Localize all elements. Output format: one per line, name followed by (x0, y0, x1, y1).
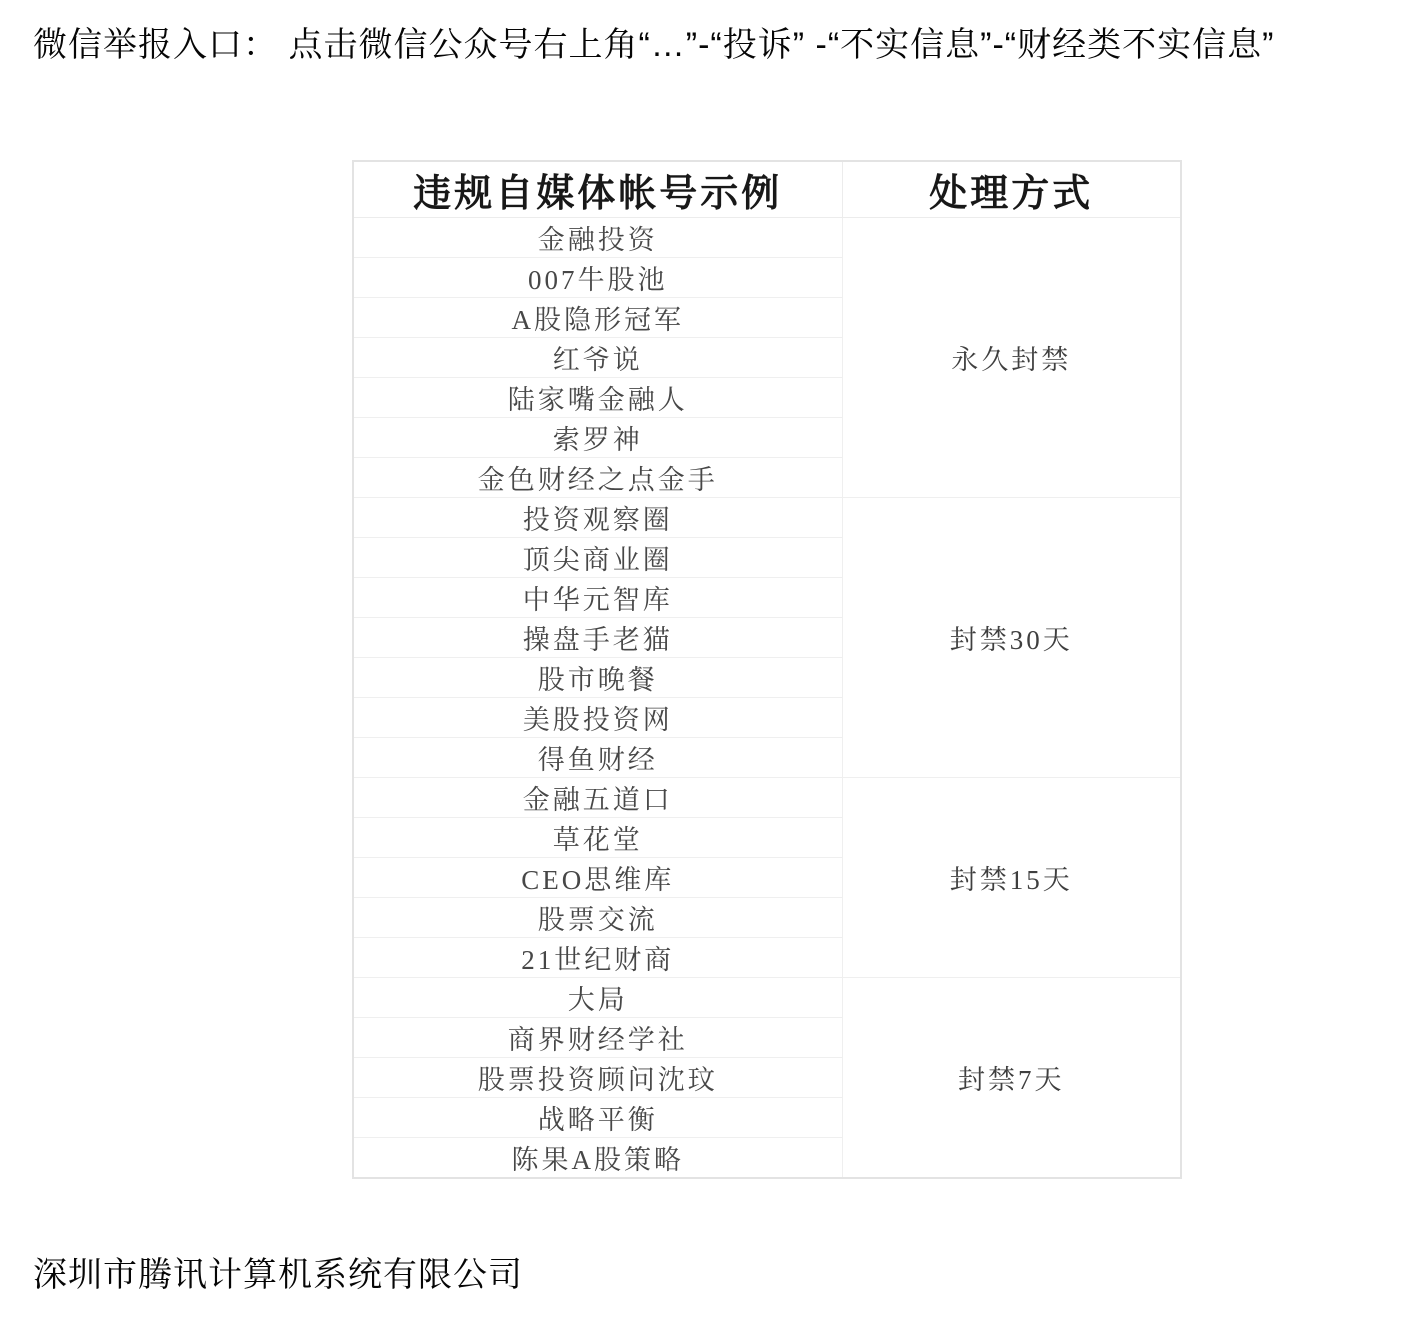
account-cell: 美股投资网 (353, 698, 842, 738)
account-cell: 007牛股池 (353, 258, 842, 298)
account-cell: 陈果A股策略 (353, 1138, 842, 1179)
account-cell: A股隐形冠军 (353, 298, 842, 338)
wechat-report-entry-text: 微信举报入口： 点击微信公众号右上角“…”-“投诉” -“不实信息”-“财经类不… (33, 26, 1274, 64)
account-cell: 金色财经之点金手 (353, 458, 842, 498)
table-header-row: 违规自媒体帐号示例 处理方式 (353, 161, 1181, 218)
table-row: 投资观察圈 封禁30天 (353, 498, 1181, 538)
table-row: 大局 封禁7天 (353, 978, 1181, 1018)
violation-accounts-table: 违规自媒体帐号示例 处理方式 金融投资 永久封禁 007牛股池 A股隐形冠军 红… (352, 160, 1182, 1179)
account-cell: 中华元智库 (353, 578, 842, 618)
table-row: 金融五道口 封禁15天 (353, 778, 1181, 818)
account-cell: 陆家嘴金融人 (353, 378, 842, 418)
account-cell: 投资观察圈 (353, 498, 842, 538)
account-cell: 金融五道口 (353, 778, 842, 818)
account-cell: 大局 (353, 978, 842, 1018)
action-column-header: 处理方式 (842, 161, 1181, 218)
account-cell: 战略平衡 (353, 1098, 842, 1138)
account-cell: 顶尖商业圈 (353, 538, 842, 578)
account-cell: 金融投资 (353, 218, 842, 258)
account-cell: 草花堂 (353, 818, 842, 858)
account-cell: CEO思维库 (353, 858, 842, 898)
account-cell: 21世纪财商 (353, 938, 842, 978)
account-cell: 股票投资顾问沈玟 (353, 1058, 842, 1098)
action-cell: 封禁30天 (842, 498, 1181, 778)
accounts-column-header: 违规自媒体帐号示例 (353, 161, 842, 218)
company-name-text: 深圳市腾讯计算机系统有限公司 (33, 1255, 523, 1295)
action-cell: 封禁15天 (842, 778, 1181, 978)
account-cell: 股市晚餐 (353, 658, 842, 698)
table-row: 金融投资 永久封禁 (353, 218, 1181, 258)
account-cell: 红爷说 (353, 338, 842, 378)
account-cell: 索罗神 (353, 418, 842, 458)
account-cell: 操盘手老猫 (353, 618, 842, 658)
account-cell: 商界财经学社 (353, 1018, 842, 1058)
account-cell: 得鱼财经 (353, 738, 842, 778)
action-cell: 封禁7天 (842, 978, 1181, 1179)
action-cell: 永久封禁 (842, 218, 1181, 498)
account-cell: 股票交流 (353, 898, 842, 938)
